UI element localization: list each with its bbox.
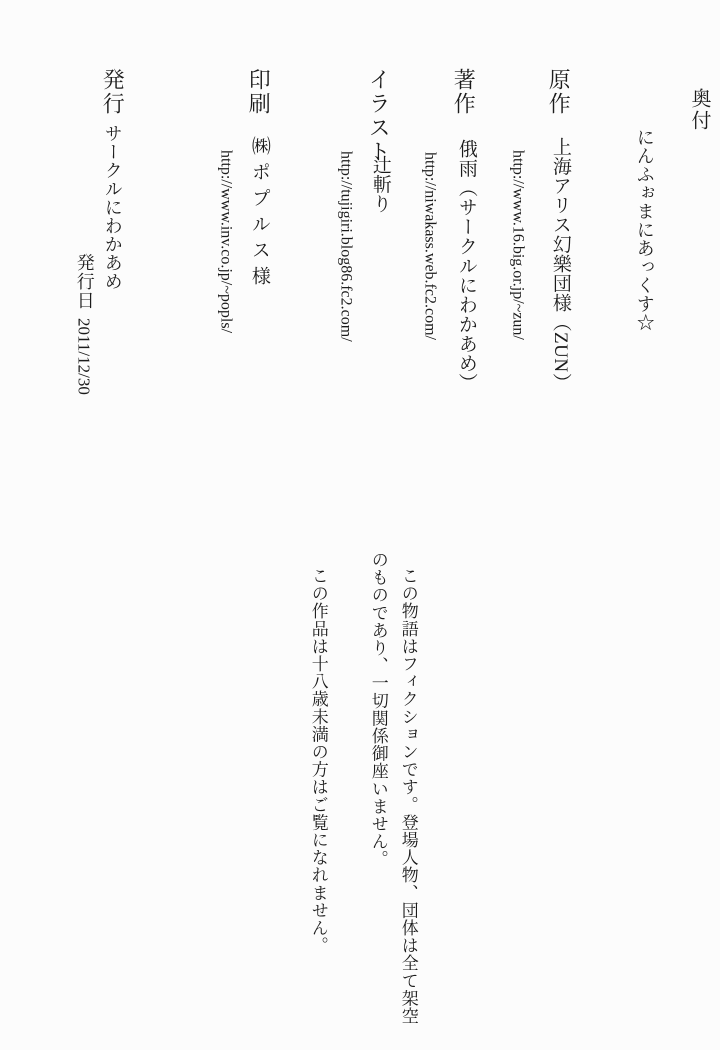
- credit-url-author: http://niwakass.web.fc2.com/: [421, 152, 439, 340]
- disclaimer-line-2: のものであり、一切関係御座いません。: [368, 551, 387, 868]
- book-title: にんふぉまにあっくす☆: [634, 128, 654, 332]
- disclaimer-line-1: この物語はフィクションです。登場人物、団体は全て架空: [398, 567, 417, 1025]
- disclaimer-age-restriction: この作品は十八歳未満の方はご覧になれません。: [308, 567, 327, 954]
- credit-label-original-work: 原作: [546, 68, 570, 116]
- credit-label-illustrator: イラスト: [366, 68, 390, 164]
- credit-url-illustrator: http://tujigiri.blog86.fc2.com/: [337, 151, 355, 342]
- credit-label-author: 著作: [451, 68, 475, 116]
- credit-label-publisher: 発行: [100, 68, 124, 116]
- credit-value-publisher: サークルにわかあめ: [102, 124, 122, 291]
- publication-date-value: 2011/12/30: [74, 318, 93, 395]
- credit-value-original-work: 上海アリス幻樂団様（ZUN）: [549, 137, 570, 392]
- credit-label-printer: 印刷: [246, 68, 270, 116]
- colophon-page: 奥付 にんふぉまにあっくす☆ 原作 上海アリス幻樂団様（ZUN） http://…: [0, 0, 720, 1050]
- colophon-header: 奥付: [688, 88, 710, 132]
- credit-url-original-work: http://www.16.big.or.jp/~zun/: [509, 150, 527, 340]
- credit-url-printer: http://www.inv.co.jp/~popls/: [217, 150, 235, 333]
- publication-date-label: 発行日: [74, 253, 94, 310]
- credit-value-author: 俄雨（サークルにわかあめ）: [455, 139, 476, 393]
- credit-value-printer: ㈱ポプルス様: [248, 136, 269, 292]
- credit-value-illustrator: 辻斬り: [369, 155, 390, 214]
